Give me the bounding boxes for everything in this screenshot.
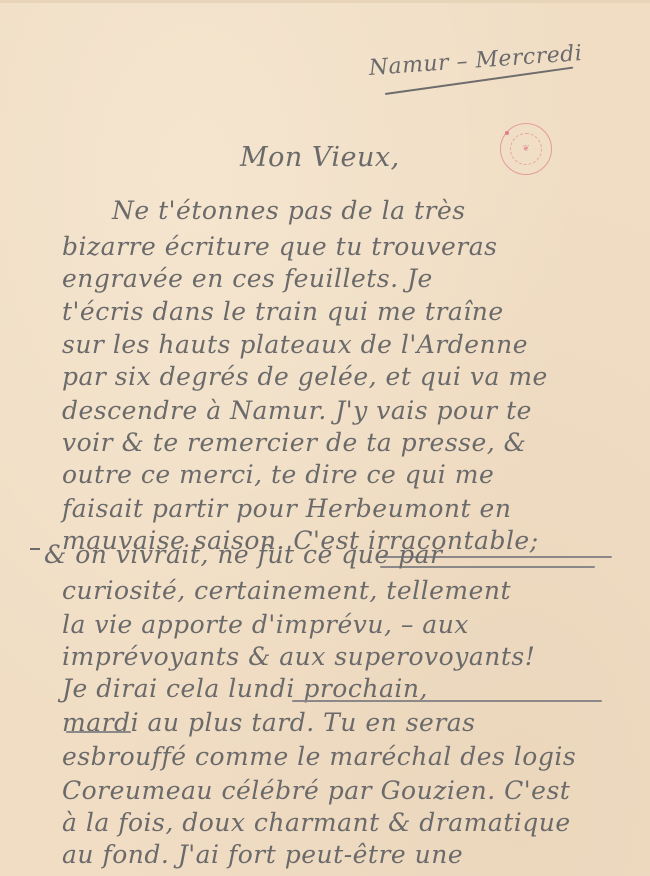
- letter-line: par six degrés de gelée, et qui va me: [62, 362, 548, 391]
- dateline: Namur – Mercredi: [368, 41, 583, 81]
- letter-line: à la fois, doux charmant & dramatique: [62, 808, 571, 837]
- letter-line: esbrouffé comme le maréchal des logis: [62, 742, 576, 771]
- page-edge: [0, 0, 650, 3]
- stamp-star-icon: [505, 131, 509, 135]
- letter-line: engravée en ces feuillets. Je: [62, 264, 433, 293]
- salutation: Mon Vieux,: [240, 142, 400, 173]
- letter-line: curiosité, certainement, tellement: [62, 576, 511, 605]
- letter-line: Je dirai cela lundi prochain,: [62, 674, 428, 703]
- emphasis-underline: [66, 731, 131, 733]
- letter-line: imprévoyants & aux superovoyants!: [62, 642, 535, 671]
- letter-line: faisait partir pour Herbeumont en: [62, 494, 511, 523]
- letter-line: voir & te remercier de ta presse, &: [62, 428, 526, 457]
- letter-line: la vie apporte d'imprévu, – aux: [62, 610, 469, 639]
- letter-line: Coreumeau célébré par Gouzien. C'est: [62, 776, 570, 805]
- letter-line: bizarre écriture que tu trouveras: [62, 232, 498, 261]
- letter-line: Ne t'étonnes pas de la très: [112, 196, 466, 225]
- letter-page: Namur – Mercredi ❦ Mon Vieux, Ne t'étonn…: [0, 0, 650, 876]
- letter-line: au fond. J'ai fort peut-être une: [62, 840, 463, 869]
- emphasis-underline: [292, 700, 602, 702]
- letter-line: sur les hauts plateaux de l'Ardenne: [62, 330, 528, 359]
- library-stamp-icon: ❦: [500, 123, 552, 175]
- letter-line: descendre à Namur. J'y vais pour te: [62, 396, 532, 425]
- letter-line: outre ce merci, te dire ce qui me: [62, 460, 494, 489]
- margin-dash: [30, 548, 40, 550]
- stamp-emblem-icon: ❦: [510, 133, 542, 165]
- letter-line: t'écris dans le train qui me traîne: [62, 297, 504, 326]
- letter-line: & on vivrait, ne fut ce que par: [44, 540, 442, 569]
